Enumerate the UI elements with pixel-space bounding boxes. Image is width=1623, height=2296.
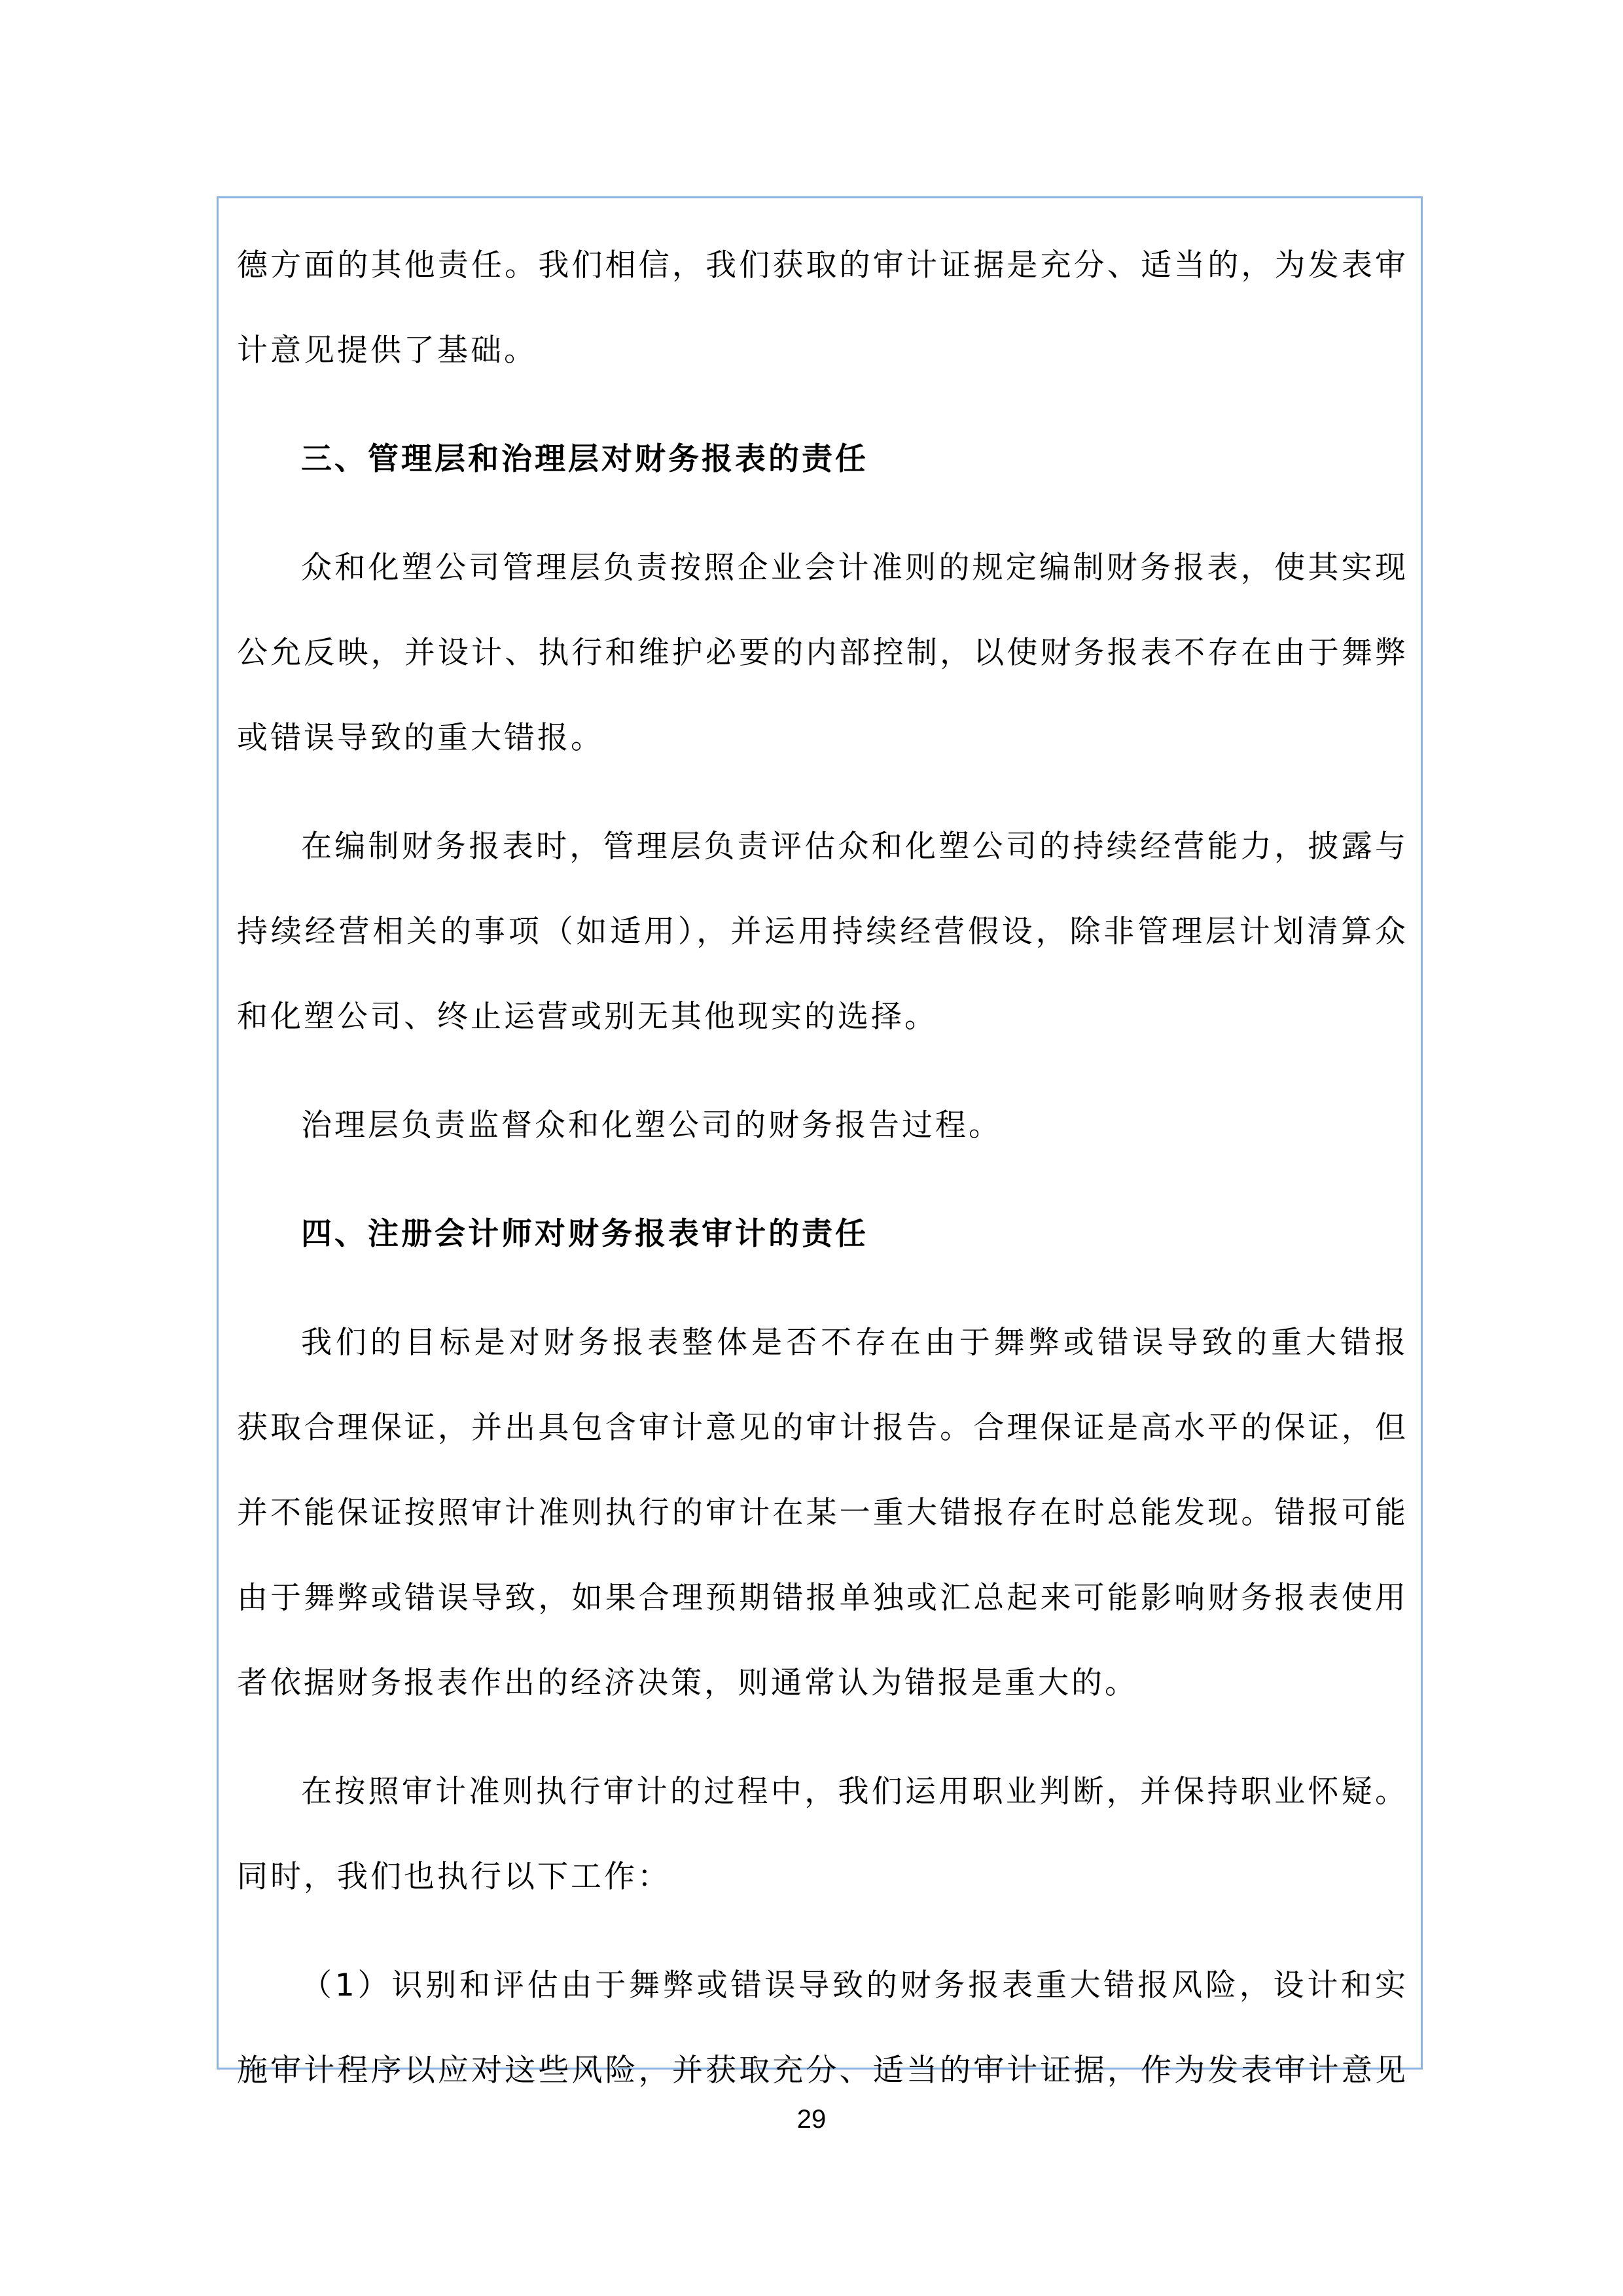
text-line: 同时，我们也执行以下工作：: [237, 1835, 1408, 1920]
paragraph-item-1: （1）识别和评估由于舞弊或错误导致的财务报表重大错报风险，设计和实 施审计程序以…: [237, 1943, 1408, 2113]
paragraph-management-responsibility: 众和化塑公司管理层负责按照企业会计准则的规定编制财务报表，使其实现 公允反映，并…: [237, 526, 1408, 781]
text-line: 在按照审计准则执行审计的过程中，我们运用职业判断，并保持职业怀疑。: [237, 1749, 1408, 1835]
text-line: 治理层负责监督众和化塑公司的财务报告过程。: [237, 1083, 1408, 1168]
page-number: 29: [0, 2105, 1623, 2134]
text-line: 和化塑公司、终止运营或别无其他现实的选择。: [237, 975, 1408, 1060]
text-line: 众和化塑公司管理层负责按照企业会计准则的规定编制财务报表，使其实现: [237, 526, 1408, 611]
text-line: 计意见提供了基础。: [237, 308, 1408, 393]
content-frame: 德方面的其他责任。我们相信，我们获取的审计证据是充分、适当的，为发表审 计意见提…: [217, 196, 1423, 2070]
text-line: 并不能保证按照审计准则执行的审计在某一重大错报存在时总能发现。错报可能: [237, 1471, 1408, 1556]
heading-text: 三、管理层和治理层对财务报表的责任: [237, 417, 1408, 502]
paragraph-audit-objective: 我们的目标是对财务报表整体是否不存在由于舞弊或错误导致的重大错报 获取合理保证，…: [237, 1300, 1408, 1726]
text-line: 施审计程序以应对这些风险，并获取充分、适当的审计证据，作为发表审计意见: [237, 2028, 1408, 2113]
paragraph-governance-oversight: 治理层负责监督众和化塑公司的财务报告过程。: [237, 1083, 1408, 1168]
paragraph-continuation: 德方面的其他责任。我们相信，我们获取的审计证据是充分、适当的，为发表审 计意见提…: [237, 223, 1408, 393]
paragraph-going-concern: 在编制财务报表时，管理层负责评估众和化塑公司的持续经营能力，披露与 持续经营相关…: [237, 804, 1408, 1060]
section-heading-3: 三、管理层和治理层对财务报表的责任: [237, 417, 1408, 502]
text-line: （1）识别和评估由于舞弊或错误导致的财务报表重大错报风险，设计和实: [237, 1943, 1408, 2028]
text-line: 德方面的其他责任。我们相信，我们获取的审计证据是充分、适当的，为发表审: [237, 223, 1408, 308]
text-line: 或错误导致的重大错报。: [237, 696, 1408, 781]
text-line: 持续经营相关的事项（如适用），并运用持续经营假设，除非管理层计划清算众: [237, 889, 1408, 975]
text-line: 在编制财务报表时，管理层负责评估众和化塑公司的持续经营能力，披露与: [237, 804, 1408, 889]
paragraph-professional-judgment: 在按照审计准则执行审计的过程中，我们运用职业判断，并保持职业怀疑。 同时，我们也…: [237, 1749, 1408, 1920]
heading-text: 四、注册会计师对财务报表审计的责任: [237, 1192, 1408, 1277]
section-heading-4: 四、注册会计师对财务报表审计的责任: [237, 1192, 1408, 1277]
text-line: 者依据财务报表作出的经济决策，则通常认为错报是重大的。: [237, 1641, 1408, 1726]
text-line: 获取合理保证，并出具包含审计意见的审计报告。合理保证是高水平的保证，但: [237, 1386, 1408, 1471]
text-line: 我们的目标是对财务报表整体是否不存在由于舞弊或错误导致的重大错报: [237, 1300, 1408, 1386]
text-line: 公允反映，并设计、执行和维护必要的内部控制，以使财务报表不存在由于舞弊: [237, 611, 1408, 696]
text-line: 由于舞弊或错误导致，如果合理预期错报单独或汇总起来可能影响财务报表使用: [237, 1556, 1408, 1641]
document-body: 德方面的其他责任。我们相信，我们获取的审计证据是充分、适当的，为发表审 计意见提…: [237, 223, 1408, 2113]
